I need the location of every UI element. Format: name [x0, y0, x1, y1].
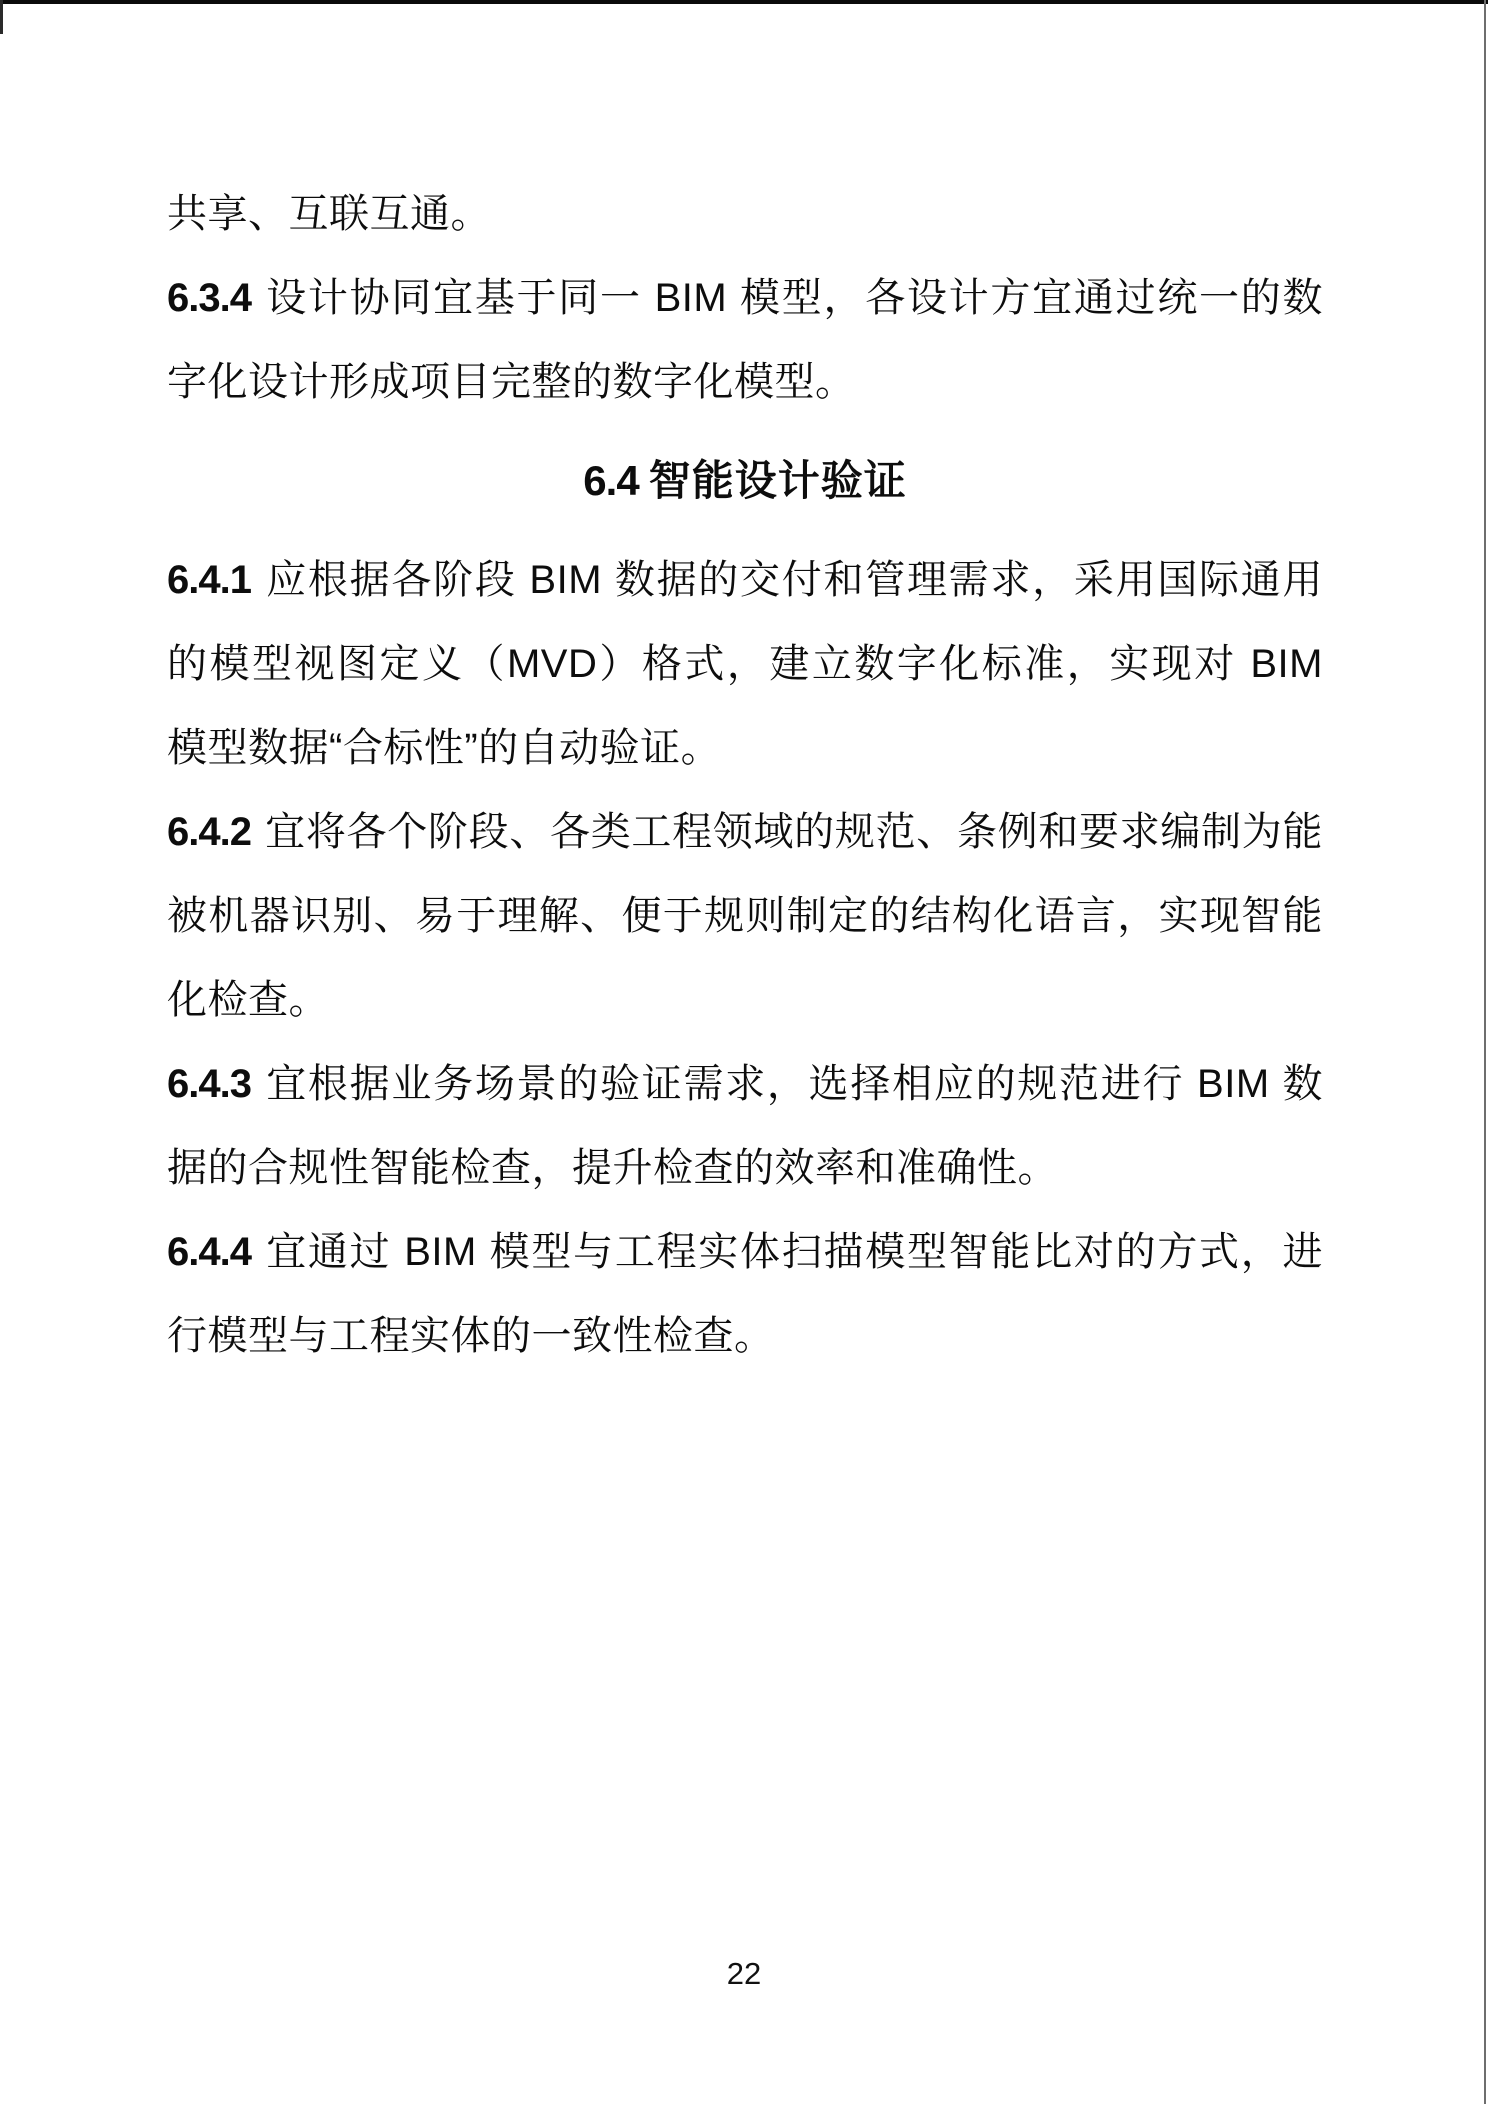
clause-6-3-4-text: 设计协同宜基于同一 BIM 模型，各设计方宜通过统一的数字化设计形成项目完整的数… — [167, 276, 1323, 404]
clause-6-4-3: 6.4.3宜根据业务场景的验证需求，选择相应的规范进行 BIM 数据的合规性智能… — [167, 1042, 1323, 1210]
clause-6-4-2-number: 6.4.2 — [167, 810, 251, 854]
clause-6-4-1: 6.4.1应根据各阶段 BIM 数据的交付和管理需求，采用国际通用的模型视图定义… — [167, 538, 1323, 790]
continuation-text: 共享、互联互通。 — [167, 192, 491, 236]
clause-6-4-2-text: 宜将各个阶段、各类工程领域的规范、条例和要求编制为能被机器识别、易于理解、便于规… — [167, 810, 1323, 1022]
section-heading-number: 6.4 — [583, 457, 638, 504]
clause-6-4-4-number: 6.4.4 — [167, 1230, 251, 1274]
section-heading-6-4: 6.4智能设计验证 — [167, 439, 1323, 523]
clause-6-3-4-number: 6.3.4 — [167, 276, 251, 320]
paragraph-continuation: 共享、互联互通。 — [167, 172, 1323, 256]
clause-6-4-1-text: 应根据各阶段 BIM 数据的交付和管理需求，采用国际通用的模型视图定义（MVD）… — [167, 558, 1323, 770]
page-top-border — [0, 0, 1488, 4]
clause-6-4-2: 6.4.2宜将各个阶段、各类工程领域的规范、条例和要求编制为能被机器识别、易于理… — [167, 790, 1323, 1042]
page-number: 22 — [0, 1956, 1488, 1992]
clause-6-4-4-text: 宜通过 BIM 模型与工程实体扫描模型智能比对的方式，进行模型与工程实体的一致性… — [167, 1230, 1323, 1358]
clause-6-4-4: 6.4.4宜通过 BIM 模型与工程实体扫描模型智能比对的方式，进行模型与工程实… — [167, 1210, 1323, 1378]
document-page: 共享、互联互通。 6.3.4设计协同宜基于同一 BIM 模型，各设计方宜通过统一… — [0, 0, 1488, 2104]
page-right-border — [1484, 0, 1486, 2104]
clause-6-4-3-text: 宜根据业务场景的验证需求，选择相应的规范进行 BIM 数据的合规性智能检查，提升… — [167, 1062, 1323, 1190]
clause-6-4-1-number: 6.4.1 — [167, 558, 251, 602]
clause-6-4-3-number: 6.4.3 — [167, 1062, 251, 1106]
section-heading-title: 智能设计验证 — [649, 457, 907, 504]
page-body: 共享、互联互通。 6.3.4设计协同宜基于同一 BIM 模型，各设计方宜通过统一… — [167, 172, 1323, 1378]
page-left-border — [0, 0, 3, 34]
clause-6-3-4: 6.3.4设计协同宜基于同一 BIM 模型，各设计方宜通过统一的数字化设计形成项… — [167, 256, 1323, 424]
